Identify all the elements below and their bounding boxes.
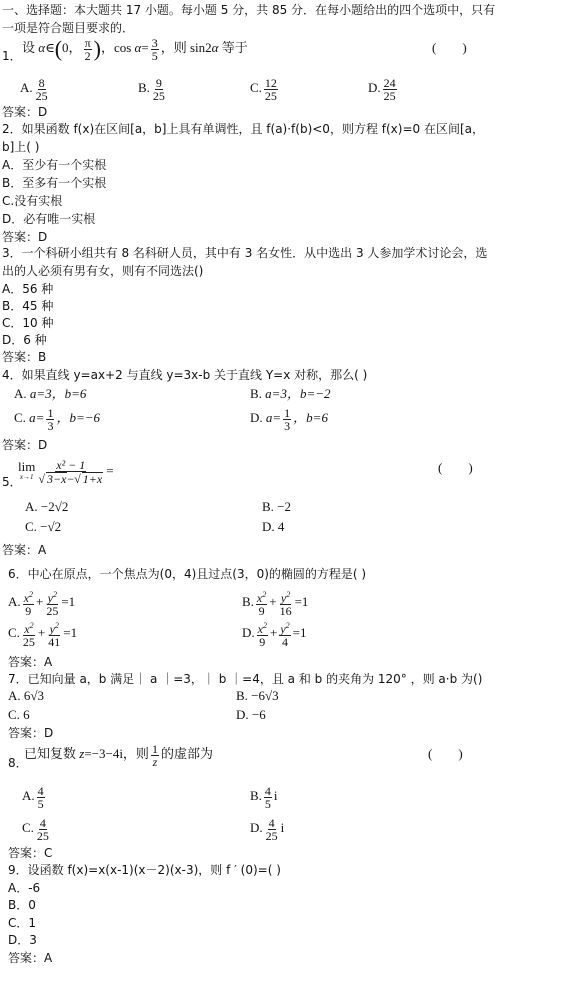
question-stem: 9．设函数 f(x)=x(x-1)(x－2)(x-3)，则 f ′ (0)=( … <box>8 862 281 878</box>
option-b: B．45 种 <box>2 298 53 314</box>
answer-line: 答案：B <box>2 349 46 365</box>
answer-line: 答案：D <box>2 104 47 120</box>
option-a: A．-6 <box>8 880 40 896</box>
option-a: A.825 <box>20 74 51 102</box>
question-stem: 已知复数 z=−3−4i，则1z的虚部为 <box>24 740 213 768</box>
option-d: D. −6 <box>236 707 266 723</box>
option-c: C．1 <box>8 915 36 931</box>
option-a: A.45 <box>22 782 47 810</box>
question-stem: 设 α∈(0，π2)，cos α=35，则 sin2α 等于 <box>22 34 248 63</box>
option-b: B.925 <box>138 74 168 102</box>
option-c: C. a=13，b=−6 <box>14 404 100 432</box>
option-a: A.x29+y225=1 <box>8 588 75 617</box>
question-stem: 7．已知向量 a，b 满足｜ a ｜=3，｜ b ｜=4，且 a 和 b 的夹角… <box>8 671 482 687</box>
question-stem: limx→1x² − 1√3−x−√1+x= <box>18 456 114 486</box>
question-stem-line2: b]上( ) <box>2 139 39 155</box>
option-a: A．至少有一个实根 <box>2 157 106 173</box>
option-b: B．0 <box>8 897 36 913</box>
option-d: D．必有唯一实根 <box>2 211 95 227</box>
option-b: B. a=3，b=−2 <box>250 386 331 402</box>
answer-line: 答案：D <box>8 725 53 741</box>
option-d: D．3 <box>8 932 37 948</box>
answer-line: 答案：A <box>8 950 52 966</box>
question-stem: 4．如果直线 y=ax+2 与直线 y=3x-b 关于直线 Y=x 对称，那么(… <box>2 367 367 383</box>
question-stem: 6．中心在原点，一个焦点为(0，4)且过点(3，0)的椭圆的方程是( ) <box>8 566 366 582</box>
option-a: A. −2√2 <box>25 499 68 515</box>
option-b: B．至多有一个实根 <box>2 175 106 191</box>
option-c: C. 6 <box>8 707 30 723</box>
answer-line: 答案：D <box>2 437 47 453</box>
question-number: 1． <box>2 48 22 64</box>
answer-blank: ( ) <box>432 40 467 56</box>
option-a: A. 6√3 <box>8 688 44 704</box>
question-stem-line1: 3．一个科研小组共有 8 名科研人员，其中有 3 名女性．从中选出 3 人参加学… <box>2 245 487 261</box>
option-c: C.1225 <box>250 74 280 102</box>
option-d: D.425i <box>250 814 284 842</box>
answer-line: 答案：D <box>2 229 47 245</box>
section-header-line1: 一、选择题：本大题共 17 小题。每小题 5 分，共 85 分．在每小题给出的四… <box>2 2 495 18</box>
option-b: B.45i <box>250 782 278 810</box>
answer-blank: ( ) <box>428 746 463 762</box>
option-c: C.x225+y241=1 <box>8 619 77 648</box>
option-b: B. −2 <box>262 499 291 515</box>
option-a: A. a=3，b=6 <box>14 386 86 402</box>
option-d: D. a=13，b=6 <box>250 404 328 432</box>
option-c: C. −√2 <box>25 519 61 535</box>
answer-blank: ( ) <box>438 460 473 476</box>
option-c: C.没有实根 <box>2 193 62 209</box>
answer-line: 答案：C <box>8 845 52 861</box>
answer-line: 答案：A <box>2 542 46 558</box>
option-d: D.2425 <box>368 74 399 102</box>
option-a: A．56 种 <box>2 281 53 297</box>
option-d: D.x29+y24=1 <box>242 619 306 648</box>
answer-line: 答案：A <box>8 654 52 670</box>
option-d: D. 4 <box>262 519 284 535</box>
option-b: B.x29+y216=1 <box>242 588 308 617</box>
option-c: C．10 种 <box>2 315 53 331</box>
option-b: B. −6√3 <box>236 688 279 704</box>
question-stem-line2: 出的人必须有男有女，则有不同选法() <box>2 263 203 279</box>
question-stem-line1: 2．如果函数 f(x)在区间[a，b]上具有单调性，且 f(a)·f(b)<0，… <box>2 121 484 137</box>
option-c: C.425 <box>22 814 52 842</box>
option-d: D．6 种 <box>2 332 47 348</box>
